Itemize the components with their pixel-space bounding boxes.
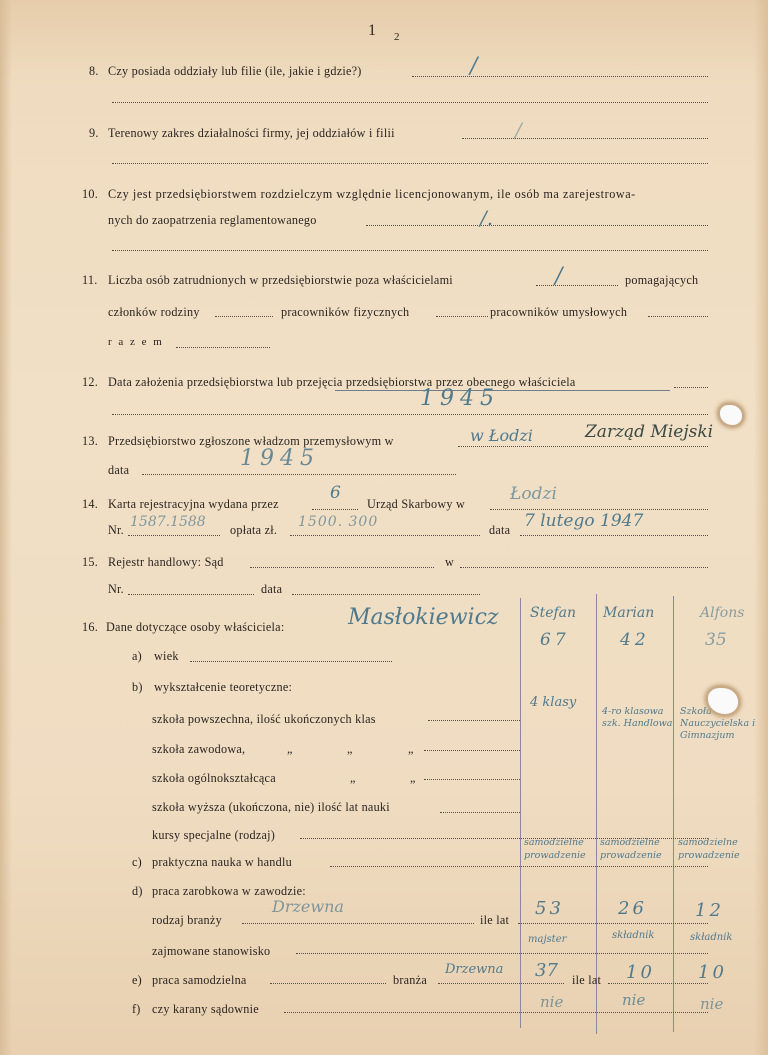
- q14-nr-field[interactable]: [128, 535, 220, 536]
- q13-answer-place: w Łodzi: [470, 426, 533, 445]
- q11-field-total[interactable]: [176, 347, 270, 348]
- q13-date-field[interactable]: [142, 474, 456, 475]
- q14-date-field[interactable]: [520, 535, 708, 536]
- q15-place-field[interactable]: [460, 567, 708, 568]
- q12-field-2[interactable]: [112, 414, 708, 415]
- q16e-field[interactable]: [270, 983, 386, 984]
- q15-label: Rejestr handlowy: Sąd: [108, 555, 224, 570]
- owner-1-position: majster: [528, 934, 566, 945]
- q16d2-field[interactable]: [296, 953, 708, 954]
- q16b1-field[interactable]: [428, 720, 520, 721]
- q11-label-family: członków rodziny: [108, 305, 200, 320]
- q11-label-physical: pracowników fizycznych: [281, 305, 409, 320]
- q16e-branch-field[interactable]: [438, 983, 564, 984]
- owner-2-years-work: 26: [618, 898, 647, 919]
- q16b2-label: szkoła zawodowa,: [152, 742, 245, 757]
- q10-number: 10.: [82, 187, 98, 202]
- q10-label-2: nych do zaopatrzenia reglamentowanego: [108, 213, 317, 228]
- q16c-label: c): [132, 855, 142, 870]
- q14-date-label: data: [489, 523, 510, 538]
- q14-office-no-field[interactable]: [312, 509, 358, 510]
- owner-1-age: 67: [540, 630, 570, 650]
- q14-office-no-answer: 6: [330, 483, 341, 503]
- q13-date-answer: 1945: [240, 446, 320, 471]
- q16b3-field[interactable]: [424, 779, 520, 780]
- q10-field[interactable]: [366, 225, 708, 226]
- q16d2-label: zajmowane stanowisko: [152, 944, 270, 959]
- q8-label: Czy posiada oddziały lub filie (ile, jak…: [108, 64, 362, 79]
- ditto-mark: „: [347, 742, 353, 757]
- q16b2-field[interactable]: [424, 750, 520, 751]
- q14-date-answer: 7 lutego 1947: [524, 511, 643, 531]
- q11-label-1: Liczba osób zatrudnionych w przedsiębior…: [108, 273, 453, 288]
- q15-number: 15.: [82, 555, 98, 570]
- q16a-label: a): [132, 649, 142, 664]
- q8-field-2[interactable]: [112, 102, 708, 103]
- q14-city-answer: Łodzi: [510, 484, 557, 504]
- owner-3-convicted: nie: [700, 995, 723, 1013]
- q14-number: 14.: [82, 497, 98, 512]
- q9-answer: /: [515, 118, 522, 142]
- q12-number: 12.: [82, 375, 98, 390]
- q8-number: 8.: [89, 64, 99, 79]
- q11-label-total: r a z e m: [108, 336, 164, 348]
- q16b4-field[interactable]: [440, 812, 520, 813]
- q15-nr-label: Nr.: [108, 582, 124, 597]
- q16e-label: e): [132, 973, 142, 988]
- q12-underline: [335, 390, 670, 391]
- q16c-text: praktyczna nauka w handlu: [152, 855, 292, 870]
- q11-label-office: pracowników umysłowych: [490, 305, 627, 320]
- q14-fee-answer: 1500. 300: [298, 514, 378, 530]
- q10-answer: /.: [480, 206, 493, 230]
- owner-1-school: 4 klasy: [530, 695, 576, 710]
- owner-2-school: 4-ro klasowa szk. Handlowa: [602, 706, 674, 730]
- form-page: 1 2 8. Czy posiada oddziały lub filie (i…: [0, 0, 768, 1055]
- q16b1-label: szkoła powszechna, ilość ukończonych kla…: [152, 712, 376, 727]
- q9-number: 9.: [89, 126, 99, 141]
- ditto-mark: „: [408, 742, 414, 757]
- q16a-field[interactable]: [190, 661, 392, 662]
- q16f-text: czy karany sądownie: [152, 1002, 259, 1017]
- q16d1-field[interactable]: [242, 923, 474, 924]
- q16e-branch-label: branża: [393, 973, 427, 988]
- q12-answer: 1945: [420, 386, 500, 411]
- owner-3-years-self: 10: [698, 962, 727, 983]
- q16b5-label: kursy specjalne (rodzaj): [152, 828, 275, 843]
- q11-field-family[interactable]: [215, 316, 273, 317]
- q13-number: 13.: [82, 434, 98, 449]
- owner-2-position: składnik: [612, 930, 655, 941]
- q16c-field[interactable]: [330, 866, 708, 867]
- owner-2-practice: samodzielne prowadzenie: [600, 836, 672, 862]
- owner-1-years-work: 53: [535, 898, 564, 919]
- q16d1-label: rodzaj branży: [152, 913, 222, 928]
- q9-label: Terenowy zakres działalności firmy, jej …: [108, 126, 395, 141]
- q12-label: Data założenia przedsiębiorstwa lub prze…: [108, 375, 576, 390]
- q16b-text: wykształcenie teoretyczne:: [154, 680, 292, 695]
- column-divider-1: [520, 598, 521, 1028]
- owner-1-convicted: nie: [540, 993, 563, 1011]
- q14-nr-answer: 1587.1588: [130, 514, 206, 530]
- q14-fee-field[interactable]: [290, 535, 480, 536]
- column-divider-2: [596, 594, 597, 1034]
- owner-3-practice: samodzielne prowadzenie: [678, 836, 764, 862]
- q14-fee-label: opłata zł.: [230, 523, 277, 538]
- q11-field-office[interactable]: [648, 316, 708, 317]
- page-mark: 1: [368, 22, 376, 40]
- q8-answer: /: [470, 54, 477, 79]
- q16e-years-label: ile lat: [572, 973, 601, 988]
- q16b3-label: szkoła ogólnokształcąca: [152, 771, 276, 786]
- q16-number: 16.: [82, 620, 98, 635]
- q11-label-helpers: pomagających: [625, 273, 698, 288]
- owner-3-name: Alfons: [700, 605, 744, 621]
- owner-2-age: 42: [620, 630, 650, 650]
- q14-label: Karta rejestracyjna wydana przez: [108, 497, 279, 512]
- q11-field-owners[interactable]: [536, 285, 618, 286]
- ditto-mark: „: [350, 771, 356, 786]
- q16e-branch-answer: Drzewna: [445, 962, 503, 977]
- q16a-text: wiek: [154, 649, 179, 664]
- ditto-mark: „: [410, 771, 416, 786]
- column-divider-3: [673, 596, 674, 1032]
- owner-3-position: składnik: [690, 932, 733, 943]
- owner-3-years-work: 12: [695, 900, 724, 921]
- q13-date-label: data: [108, 463, 129, 478]
- owner-2-convicted: nie: [622, 991, 645, 1009]
- punch-hole-top: [720, 405, 742, 425]
- q16f-field[interactable]: [284, 1012, 708, 1013]
- owner-1-name: Stefan: [530, 605, 576, 621]
- q16f-label: f): [132, 1002, 141, 1017]
- q14-nr-label: Nr.: [108, 523, 124, 538]
- owner-2-years-self: 10: [626, 962, 655, 983]
- owner-3-age: 35: [705, 630, 727, 650]
- owner-1-years-self: 37: [535, 960, 558, 981]
- q10-field-2[interactable]: [112, 250, 708, 251]
- q11-number: 11.: [82, 273, 98, 288]
- q11-answer: /: [555, 264, 562, 289]
- q16e-text: praca samodzielna: [152, 973, 247, 988]
- q15-nr-field[interactable]: [128, 594, 254, 595]
- q9-field-2[interactable]: [112, 163, 708, 164]
- owner-2-name: Marian: [603, 605, 654, 621]
- q9-field[interactable]: [462, 138, 708, 139]
- q15-w-label: w: [445, 555, 454, 570]
- q16b-label: b): [132, 680, 143, 695]
- q13-answer-office: Zarząd Miejski: [585, 422, 713, 442]
- q16b4-label: szkoła wyższa (ukończona, nie) ilość lat…: [152, 800, 390, 815]
- q14-tax-office-label: Urząd Skarbowy w: [367, 497, 465, 512]
- q16d1-answer: Drzewna: [272, 897, 344, 916]
- q16-label: Dane dotyczące osoby właściciela:: [106, 620, 284, 635]
- q15-court-field[interactable]: [250, 567, 434, 568]
- owner-surname: Masłokiewicz: [348, 605, 498, 630]
- q10-label-1: Czy jest przedsiębiorstwem rozdzielczym …: [108, 187, 636, 202]
- q16d1-years-label: ile lat: [480, 913, 509, 928]
- q11-field-physical[interactable]: [436, 316, 488, 317]
- owner-1-practice: samodzielne prowadzenie: [524, 836, 596, 862]
- q13-field[interactable]: [458, 446, 708, 447]
- q15-date-field[interactable]: [292, 594, 480, 595]
- q12-field[interactable]: [674, 387, 708, 388]
- q8-field[interactable]: [412, 76, 708, 77]
- q16d-label: d): [132, 884, 143, 899]
- ditto-mark: „: [287, 742, 293, 757]
- q15-date-label: data: [261, 582, 282, 597]
- q16d1-years-field[interactable]: [518, 923, 708, 924]
- q14-city-field[interactable]: [490, 509, 708, 510]
- q16e-years-field[interactable]: [608, 983, 708, 984]
- page-number: 2: [394, 31, 400, 43]
